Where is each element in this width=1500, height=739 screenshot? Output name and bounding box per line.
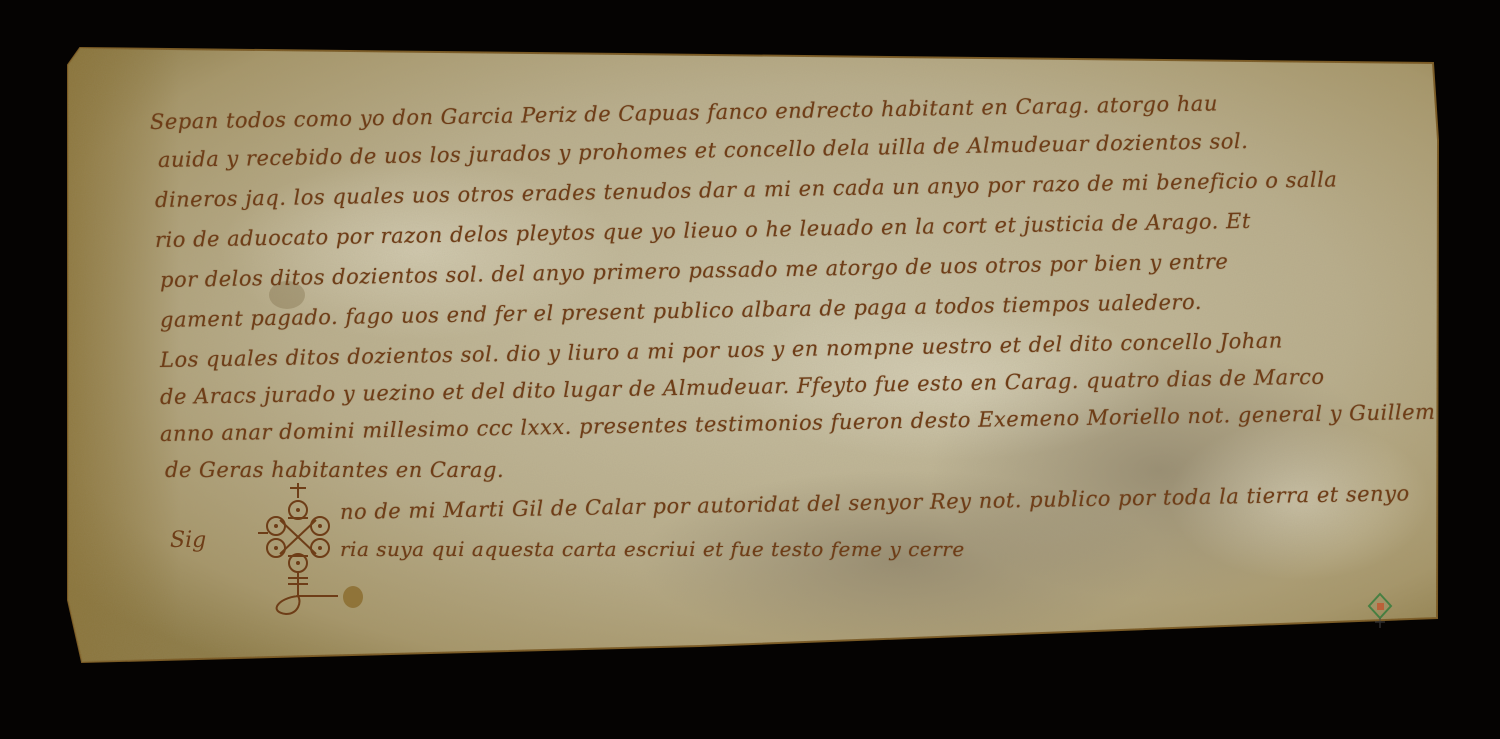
archive-seal-icon: [1365, 592, 1395, 630]
notarial-signum-icon: [258, 478, 338, 618]
signum-line-2: ria suya qui aquesta carta escriui et fu…: [340, 537, 965, 561]
signum-label: Sig: [170, 528, 206, 553]
